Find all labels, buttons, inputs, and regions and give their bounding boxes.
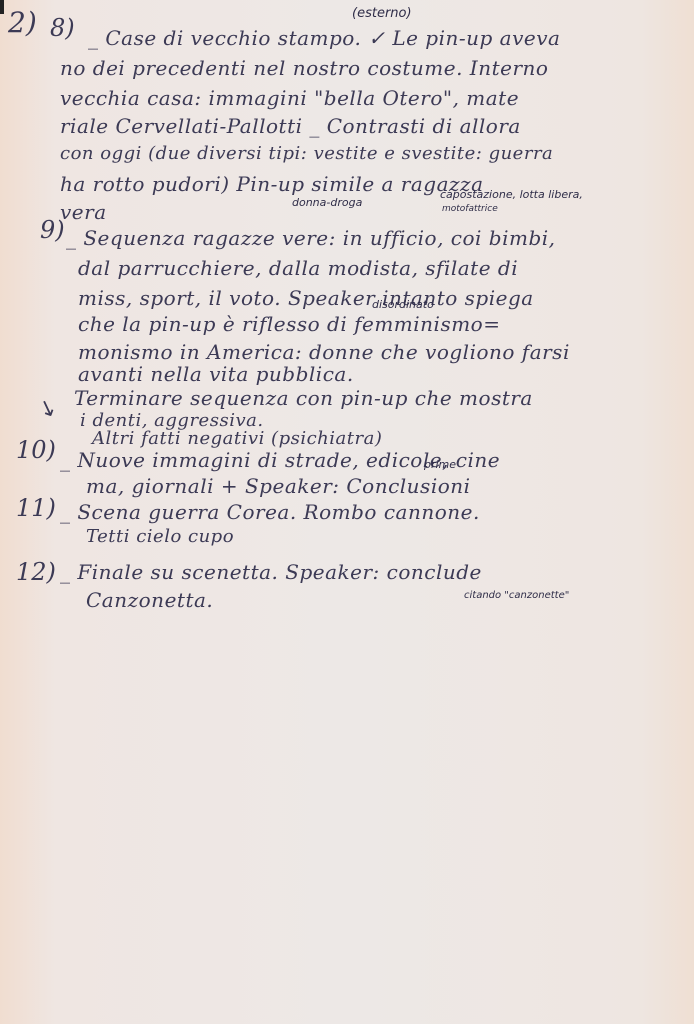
- item-9-line-4: che la pin-up è riflesso di femminismo=: [78, 312, 500, 336]
- item-12-number: 12): [16, 558, 56, 586]
- item-8-line-4: riale Cervellati-Pallotti _ Contrasti di…: [60, 114, 521, 138]
- item-9-line-3: miss, sport, il voto. Speaker intanto sp…: [78, 286, 534, 310]
- item-9-line-9: Altri fatti negativi (psichiatra): [92, 428, 382, 449]
- item-8-number: 8): [50, 14, 75, 42]
- item-9-line-5: monismo in America: donne che vogliono f…: [78, 340, 570, 364]
- item-8-line-7: vera: [60, 200, 107, 224]
- item-10-line-2: ma, giornali + Speaker: Conclusioni: [86, 474, 471, 498]
- item-11-line-2: Tetti cielo cupo: [86, 526, 234, 547]
- item-9-line-2: dal parrucchiere, dalla modista, sfilate…: [78, 256, 518, 280]
- scan-edge-mark: [0, 0, 4, 14]
- item-10-number: 10): [16, 436, 56, 464]
- item-9-line-7: Terminare sequenza con pin-up che mostra: [74, 386, 533, 410]
- item-8-line-3: vecchia casa: immagini "bella Otero", ma…: [60, 86, 519, 110]
- item-12-line-2: Canzonetta.: [86, 588, 213, 612]
- margin-note-capostazione: capostazione, lotta libera,: [440, 188, 583, 201]
- item-8-annotation: (esterno): [352, 6, 412, 21]
- item-8-line-6: ha rotto pudori) Pin-up simile a ragazza: [60, 172, 484, 196]
- margin-note-donna-droga: donna-droga: [292, 196, 362, 209]
- manuscript-page: 2) 8) (esterno) _ Case di vecchio stampo…: [0, 0, 694, 1024]
- margin-note-motofattrice: motofattrice: [442, 204, 498, 214]
- item-9-line-1: _ Sequenza ragazze vere: in ufficio, coi…: [66, 226, 556, 250]
- item-9-line-6: avanti nella vita pubblica.: [78, 362, 354, 386]
- item-8-line-1: _ Case di vecchio stampo. ✓ Le pin-up av…: [88, 26, 560, 50]
- insert-arrow-icon: ↘: [34, 394, 60, 424]
- item-11-number: 11): [16, 494, 56, 522]
- item-11-line-1: _ Scena guerra Corea. Rombo cannone.: [60, 500, 480, 524]
- item-9-number: 9): [40, 216, 65, 244]
- item-8-line-2: no dei precedenti nel nostro costume. In…: [60, 56, 548, 80]
- item-12-line-1: _ Finale su scenetta. Speaker: conclude: [60, 560, 482, 584]
- page-number: 2): [8, 6, 37, 39]
- interlinear-note-citando: citando "canzonette": [464, 590, 569, 601]
- interlinear-note-prime: prime: [424, 458, 456, 471]
- item-8-line-5: con oggi (due diversi tipi: vestite e sv…: [60, 143, 553, 164]
- interlinear-note-disordinato: disordinato: [372, 298, 434, 311]
